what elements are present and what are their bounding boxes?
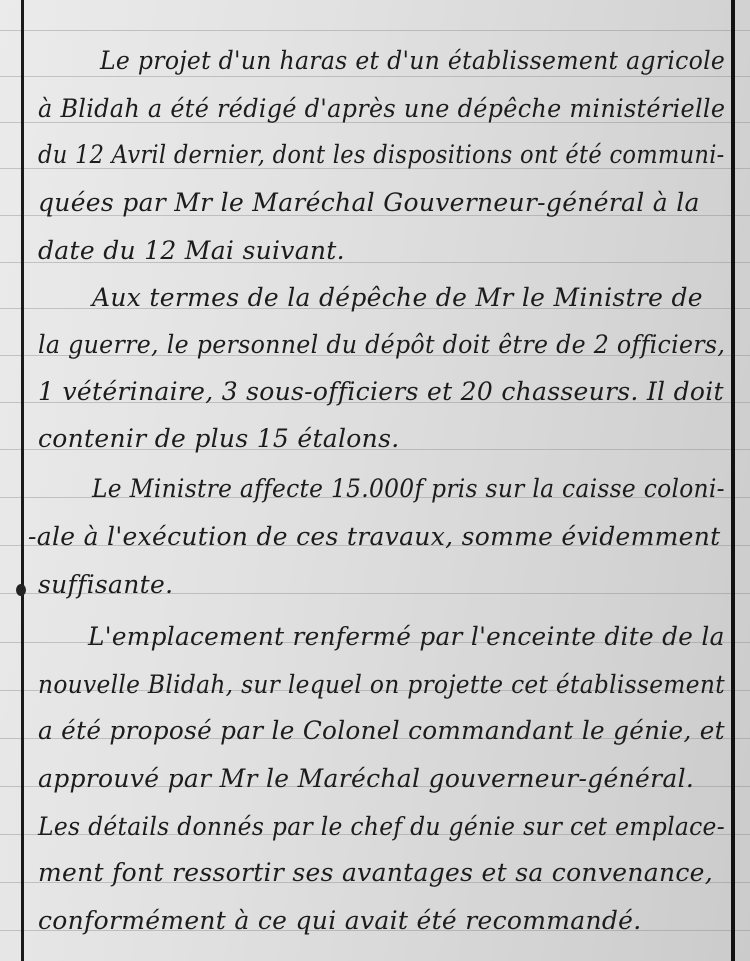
- text-line: approuvé par Mr le Maréchal gouverneur-g…: [38, 766, 694, 791]
- text-line: à Blidah a été rédigé d'après une dépêch…: [38, 96, 725, 121]
- text-line: suffisante.: [38, 572, 173, 597]
- text-line: L'emplacement renfermé par l'enceinte di…: [88, 624, 725, 649]
- text-line: quées par Mr le Maréchal Gouverneur-géné…: [38, 190, 700, 215]
- ruled-line: [0, 30, 750, 31]
- text-line: nouvelle Blidah, sur lequel on projette …: [38, 672, 725, 697]
- text-line: 1 vétérinaire, 3 sous-officiers et 20 ch…: [38, 379, 724, 404]
- text-line: la guerre, le personnel du dépôt doit êt…: [38, 332, 725, 357]
- left-margin-line: [21, 0, 24, 961]
- ink-blot: [16, 584, 26, 596]
- text-line: a été proposé par le Colonel commandant …: [38, 718, 725, 743]
- text-line: conformément à ce qui avait été recomman…: [38, 908, 642, 933]
- ruled-line: [0, 76, 750, 77]
- text-line: du 12 Avril dernier, dont les dispositio…: [38, 142, 725, 167]
- text-line: -ale à l'exécution de ces travaux, somme…: [28, 524, 721, 549]
- text-line: date du 12 Mai suivant.: [38, 238, 345, 263]
- text-line: contenir de plus 15 étalons.: [38, 426, 399, 451]
- manuscript-page: Le projet d'un haras et d'un établisseme…: [0, 0, 750, 961]
- text-line: Aux termes de la dépêche de Mr le Minist…: [92, 285, 703, 310]
- text-line: Le Ministre affecte 15.000f pris sur la …: [92, 476, 725, 501]
- text-line: Les détails donnés par le chef du génie …: [38, 814, 725, 839]
- right-border-line: [731, 0, 735, 961]
- text-line: Le projet d'un haras et d'un établisseme…: [100, 48, 725, 73]
- text-line: ment font ressortir ses avantages et sa …: [38, 860, 713, 885]
